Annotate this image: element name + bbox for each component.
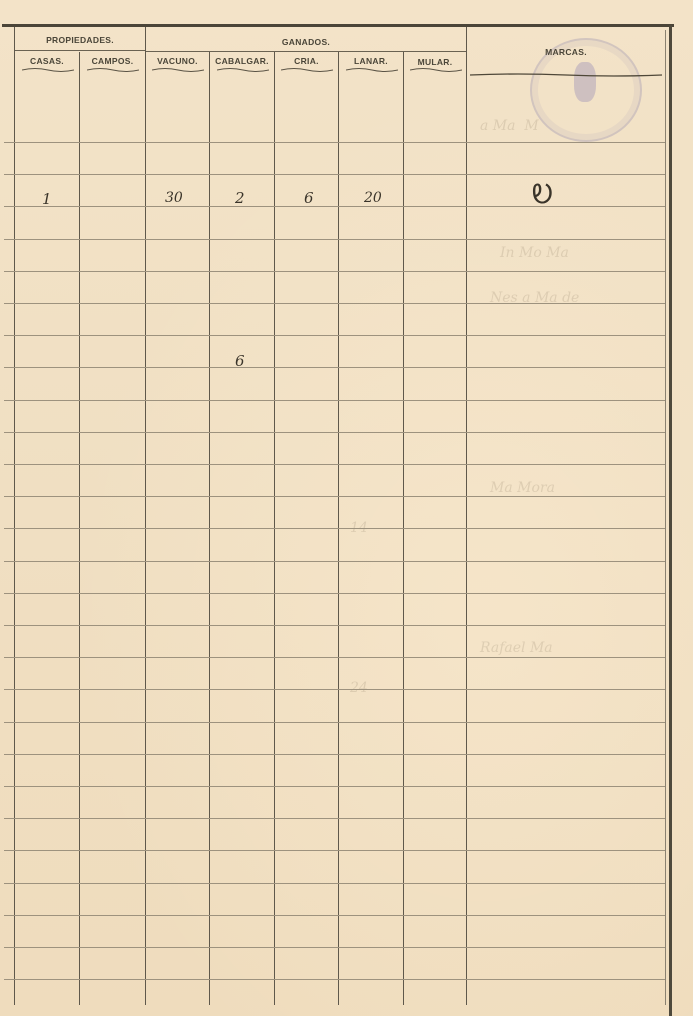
row-rule	[4, 657, 665, 658]
header-flourish	[87, 67, 139, 73]
row-rule	[4, 593, 665, 594]
row-rule	[4, 432, 665, 433]
header-flourish	[217, 67, 269, 73]
group-header-rule	[146, 51, 466, 52]
row-rule	[4, 367, 665, 368]
row-rule	[4, 335, 665, 336]
group-header-rule	[15, 50, 145, 51]
row-rule	[4, 496, 665, 497]
row-rule	[4, 271, 665, 272]
header-flourish	[22, 67, 74, 73]
ink-stamp-center	[574, 62, 596, 102]
entry-cabalgar: 2	[235, 189, 245, 207]
marcas-header-rule	[470, 72, 662, 78]
bleed-through-text: Rafael Ma	[480, 640, 553, 656]
row-rule	[4, 142, 665, 143]
entry-cabalgar-row8: 6	[235, 352, 245, 370]
row-rule	[4, 754, 665, 755]
row-rule	[4, 883, 665, 884]
header-flourish	[410, 67, 462, 73]
row-rule	[4, 947, 665, 948]
column-header-marcas: MARCAS.	[467, 47, 665, 57]
row-rule	[4, 625, 665, 626]
ledger-page	[0, 0, 693, 1023]
row-rule	[4, 239, 665, 240]
row-rule	[4, 689, 665, 690]
row-rule	[4, 528, 665, 529]
column-header-lanar: LANAR.	[339, 56, 403, 66]
row-rule	[4, 174, 665, 175]
column-header-cabalgar: CABALGAR.	[210, 56, 274, 66]
row-rule	[4, 786, 665, 787]
header-flourish	[152, 67, 204, 73]
top-border-rule	[2, 24, 674, 27]
bleed-through-text: a Ma M	[480, 118, 539, 134]
group-header-ganados: GANADOS.	[146, 37, 466, 47]
right-border-rule	[669, 25, 672, 1020]
entry-vacuno: 30	[165, 190, 183, 206]
right-border-inner-rule	[665, 30, 666, 1005]
row-rule	[4, 206, 665, 207]
column-header-vacuno: VACUNO.	[146, 56, 209, 66]
row-rule	[4, 464, 665, 465]
entry-marcas-brand: Ꭷ	[532, 180, 553, 211]
row-rule	[4, 850, 665, 851]
group-header-propiedades: PROPIEDADES.	[15, 35, 145, 45]
row-rule	[4, 818, 665, 819]
header-flourish	[346, 67, 398, 73]
header-flourish	[281, 67, 333, 73]
row-rule	[4, 979, 665, 980]
entry-lanar: 20	[364, 190, 382, 206]
column-header-mular: MULAR.	[404, 57, 466, 67]
entry-cria: 6	[304, 189, 314, 207]
row-rule	[4, 303, 665, 304]
row-rule	[4, 561, 665, 562]
row-rule	[4, 400, 665, 401]
bleed-through-text: Ma Mora	[490, 480, 555, 496]
scan-margin	[0, 1016, 693, 1023]
row-rule	[4, 915, 665, 916]
column-header-campos: CAMPOS.	[80, 56, 145, 66]
bleed-through-text: In Mo Ma	[500, 245, 569, 261]
row-rule	[4, 722, 665, 723]
column-header-cria: CRIA.	[275, 56, 338, 66]
column-header-casas: CASAS.	[15, 56, 79, 66]
entry-casas: 1	[42, 190, 52, 208]
bleed-through-text: 24	[350, 680, 368, 696]
